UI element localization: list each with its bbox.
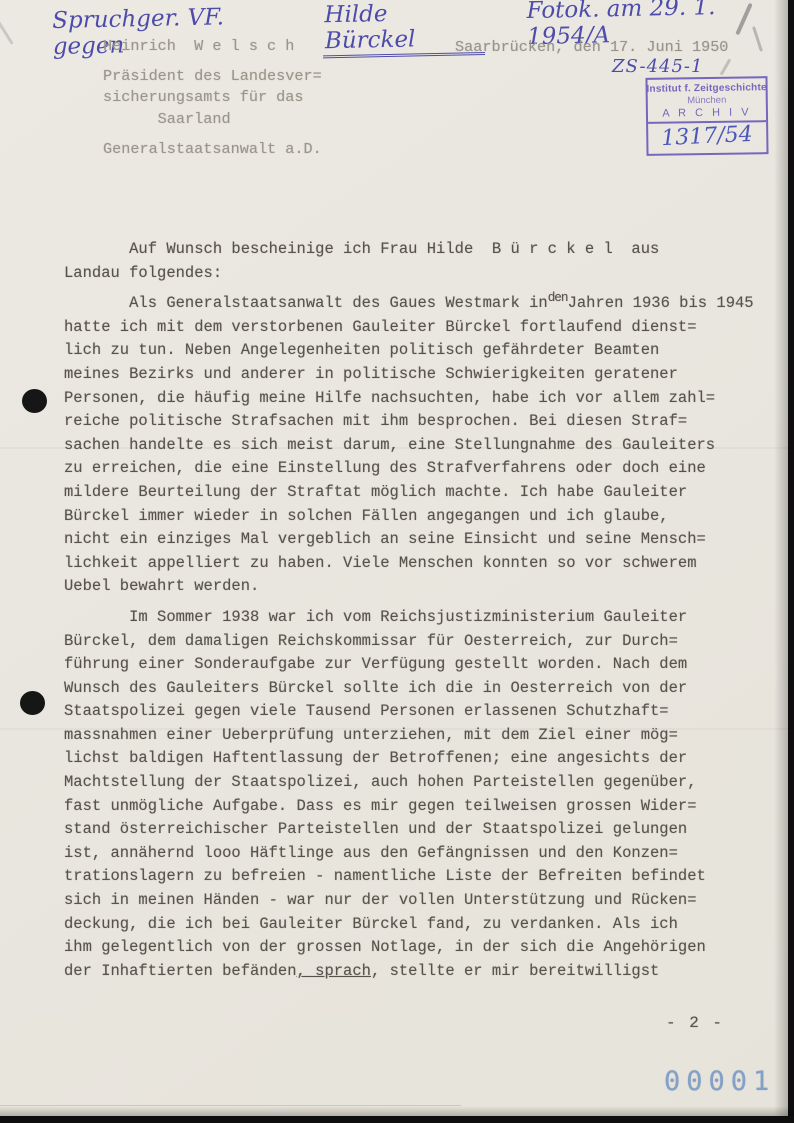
letter-body: Auf Wunsch bescheinige ich Frau Hilde B …	[64, 238, 780, 990]
typed-line: Auf Wunsch bescheinige ich Frau Hilde B …	[64, 238, 780, 262]
typed-line: mildere Beurteilung der Straftat möglich…	[64, 481, 780, 505]
typed-line: hatte ich mit dem verstorbenen Gauleiter…	[64, 316, 780, 340]
typed-line: Landau folgendes:	[64, 262, 780, 286]
typed-line: meines Bezirks und anderer in politische…	[64, 363, 780, 387]
typed-line: sich in meinen Händen - war nur der voll…	[64, 889, 780, 913]
page-number: - 2 -	[666, 1014, 724, 1032]
typed-line: Wunsch des Gauleiters Bürckel sollte ich…	[64, 677, 780, 701]
stamp-archiv-line: A R C H I V	[662, 106, 751, 119]
archive-stamp: Institut f. Zeitgeschichte München A R C…	[645, 76, 768, 156]
pencil-smudge	[720, 58, 732, 75]
date-line: Saarbrücken, den 17. Juni 1950	[455, 38, 728, 56]
typed-line: fast unmögliche Aufgabe. Dass es mir geg…	[64, 795, 780, 819]
typed-line: trationslagern zu befreien - namentliche…	[64, 865, 780, 889]
typed-line: nicht ein einziges Mal vergeblich an sei…	[64, 528, 780, 552]
typed-line: Präsident des Landesver=	[103, 66, 322, 88]
paragraph-gauleiter-dealings: Als Generalstaatsanwalt des Gaues Westma…	[64, 292, 780, 599]
typed-line: Personen, die häufig meine Hilfe nachsuc…	[64, 387, 780, 411]
archive-reference-number: ZS-445-1	[612, 56, 703, 77]
typed-line: reiche politische Strafsachen mit ihm be…	[64, 410, 780, 434]
typed-line: führung einer Sonderaufgabe zur Verfügun…	[64, 653, 780, 677]
serial-number-stamp: 00001	[664, 1066, 775, 1097]
typed-line: lichst baldigen Haftentlassung der Betro…	[64, 747, 780, 771]
paper-crease	[0, 728, 794, 730]
sender-block: Heinrich W e l s c hPräsident des Landes…	[103, 36, 322, 161]
stamp-handwritten-number: 1317/54	[661, 122, 754, 151]
typed-line: ihm gelegentlich von der grossen Notlage…	[64, 936, 780, 960]
typed-line: deckung, die ich bei Gauleiter Bürckel f…	[64, 913, 780, 937]
stamp-city-line: München	[687, 95, 726, 107]
typed-line: sachen handelte es sich meist darum, ein…	[64, 434, 780, 458]
pencil-smudge	[0, 21, 14, 45]
typed-line: sicherungsamts für das	[103, 87, 322, 109]
paragraph-certification-intro: Auf Wunsch bescheinige ich Frau Hilde B …	[64, 238, 780, 285]
stamp-institute-line: Institut f. Zeitgeschichte	[646, 82, 766, 95]
typed-line: ist, annähernd looo Häftlinge aus den Ge…	[64, 842, 780, 866]
typed-line: lichkeit appelliert zu haben. Viele Mens…	[64, 552, 780, 576]
typed-line: Im Sommer 1938 war ich vom Reichsjustizm…	[64, 606, 780, 630]
typed-line: Uebel bewahrt werden.	[64, 575, 780, 599]
typed-line: der Inhaftierten befänden, sprach, stell…	[64, 960, 780, 984]
punch-hole-top	[22, 389, 47, 413]
punch-hole-bottom	[20, 691, 45, 715]
scanned-document-page: Spruchger. VF. gegen Hilde Bürckel Fotok…	[0, 0, 794, 1123]
scan-edge-right	[788, 0, 794, 1123]
typed-line: Generalstaatsanwalt a.D.	[103, 139, 322, 161]
paragraph-sommer-1938: Im Sommer 1938 war ich vom Reichsjustizm…	[64, 606, 780, 984]
typed-line: Machtstellung der Staatspolizei, auch ho…	[64, 771, 780, 795]
typed-line: Saarland	[103, 109, 322, 131]
paper-crease	[0, 447, 794, 449]
typed-line: Bürckel, dem damaligen Reichskommissar f…	[64, 630, 780, 654]
typed-line: Als Generalstaatsanwalt des Gaues Westma…	[64, 292, 780, 316]
typed-line: Heinrich W e l s c h	[103, 36, 322, 58]
scan-edge-bottom	[0, 1116, 794, 1123]
scan-edge-shadow-right	[774, 0, 788, 1123]
typed-line: Staatspolizei gegen viele Tausend Person…	[64, 700, 780, 724]
typed-line: Bürckel immer wieder in solchen Fällen a…	[64, 505, 780, 529]
typed-line: zu erreichen, die eine Einstellung des S…	[64, 457, 780, 481]
typed-line: lich zu tun. Neben Angelegenheiten polit…	[64, 339, 780, 363]
typed-line: stand österreichischer Parteistellen und…	[64, 818, 780, 842]
